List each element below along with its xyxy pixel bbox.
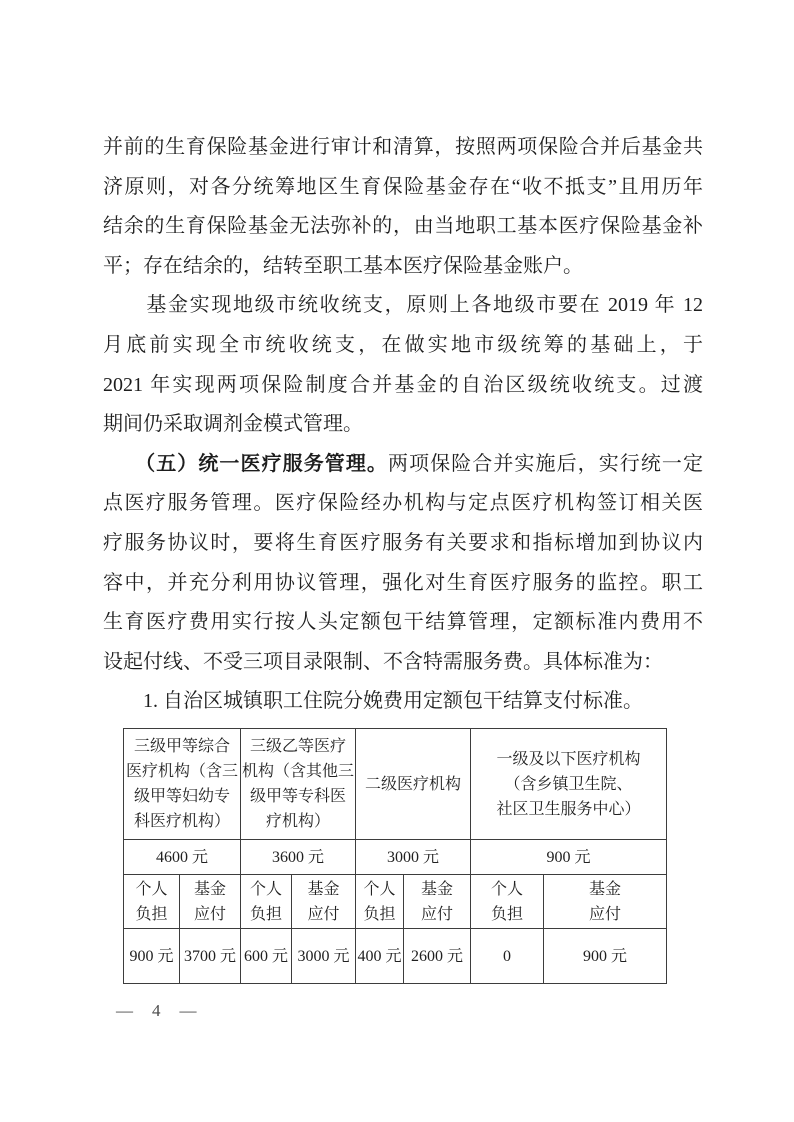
subheader-cell: 基金 应付 xyxy=(544,875,667,929)
table-header-cell: 二级医疗机构 xyxy=(356,729,471,840)
paragraph-line-text: 两项保险合并实施后，实行统一定 xyxy=(388,453,703,475)
table-row: 900 元 3700 元 600 元 3000 元 400 元 2600 元 0… xyxy=(124,929,667,984)
amount-cell: 3000 元 xyxy=(356,840,471,875)
value-cell: 2600 元 xyxy=(404,929,471,984)
table-row: 三级甲等综合 医疗机构（含三 级甲等妇幼专 科医疗机构） 三级乙等医疗 机构（含… xyxy=(124,729,667,840)
document-page: 并前的生育保险基金进行审计和清算，按照两项保险合并后基金共 济原则，对各分统筹地… xyxy=(0,0,794,1122)
value-cell: 900 元 xyxy=(124,929,180,984)
subheader-cell: 个人 负担 xyxy=(241,875,292,929)
subheader-cell: 个人 负担 xyxy=(471,875,544,929)
table-header-cell: 三级乙等医疗 机构（含其他三 级甲等专科医 疗机构） xyxy=(241,729,356,840)
subheader-cell: 个人 负担 xyxy=(356,875,404,929)
value-cell: 3000 元 xyxy=(292,929,356,984)
paragraph-line: 生育医疗费用实行按人头定额包干结算管理，定额标准内费用不 xyxy=(103,603,703,643)
paragraph-line: 基金实现地级市统收统支，原则上各地级市要在 2019 年 12 xyxy=(103,286,703,326)
amount-cell: 900 元 xyxy=(471,840,667,875)
body-text: 并前的生育保险基金进行审计和清算，按照两项保险合并后基金共 济原则，对各分统筹地… xyxy=(103,128,703,722)
paragraph-line: 2021 年实现两项保险制度合并基金的自治区级统收统支。过渡 xyxy=(103,366,703,406)
paragraph-line: 并前的生育保险基金进行审计和清算，按照两项保险合并后基金共 xyxy=(103,128,703,168)
paragraph-line: 期间仍采取调剂金模式管理。 xyxy=(103,405,703,445)
table-header-cell: 一级及以下医疗机构 （含乡镇卫生院、 社区卫生服务中心） xyxy=(471,729,667,840)
payment-standard-table: 三级甲等综合 医疗机构（含三 级甲等妇幼专 科医疗机构） 三级乙等医疗 机构（含… xyxy=(123,728,667,984)
value-cell: 900 元 xyxy=(544,929,667,984)
paragraph-line: 点医疗服务管理。医疗保险经办机构与定点医疗机构签订相关医 xyxy=(103,484,703,524)
paragraph-line: 月底前实现全市统收统支，在做实地市级统筹的基础上，于 xyxy=(103,326,703,366)
paragraph-line: 结余的生育保险基金无法弥补的，由当地职工基本医疗保险基金补 xyxy=(103,207,703,247)
subheader-cell: 基金 应付 xyxy=(180,875,241,929)
value-cell: 400 元 xyxy=(356,929,404,984)
value-cell: 3700 元 xyxy=(180,929,241,984)
amount-cell: 3600 元 xyxy=(241,840,356,875)
list-item-line: 1. 自治区城镇职工住院分娩费用定额包干结算支付标准。 xyxy=(103,682,703,722)
value-cell: 0 xyxy=(471,929,544,984)
subheader-cell: 基金 应付 xyxy=(292,875,356,929)
paragraph-line: 济原则，对各分统筹地区生育保险基金存在“收不抵支”且用历年 xyxy=(103,168,703,208)
amount-cell: 4600 元 xyxy=(124,840,241,875)
section-heading: （五）统一医疗服务管理。 xyxy=(103,453,388,475)
subheader-cell: 基金 应付 xyxy=(404,875,471,929)
paragraph-line: 设起付线、不受三项目录限制、不含特需服务费。具体标准为： xyxy=(103,643,703,683)
paragraph-line: 容中，并充分利用协议管理，强化对生育医疗服务的监控。职工 xyxy=(103,564,703,604)
paragraph-line: （五）统一医疗服务管理。两项保险合并实施后，实行统一定 xyxy=(103,445,703,485)
table-header-cell: 三级甲等综合 医疗机构（含三 级甲等妇幼专 科医疗机构） xyxy=(124,729,241,840)
page-number: — 4 — xyxy=(116,996,198,1021)
value-cell: 600 元 xyxy=(241,929,292,984)
paragraph-line: 疗服务协议时，要将生育医疗服务有关要求和指标增加到协议内 xyxy=(103,524,703,564)
paragraph-line: 平；存在结余的，结转至职工基本医疗保险基金账户。 xyxy=(103,247,703,287)
subheader-cell: 个人 负担 xyxy=(124,875,180,929)
table-row: 个人 负担 基金 应付 个人 负担 基金 应付 个人 负担 基金 应付 个人 负… xyxy=(124,875,667,929)
table-row: 4600 元 3600 元 3000 元 900 元 xyxy=(124,840,667,875)
